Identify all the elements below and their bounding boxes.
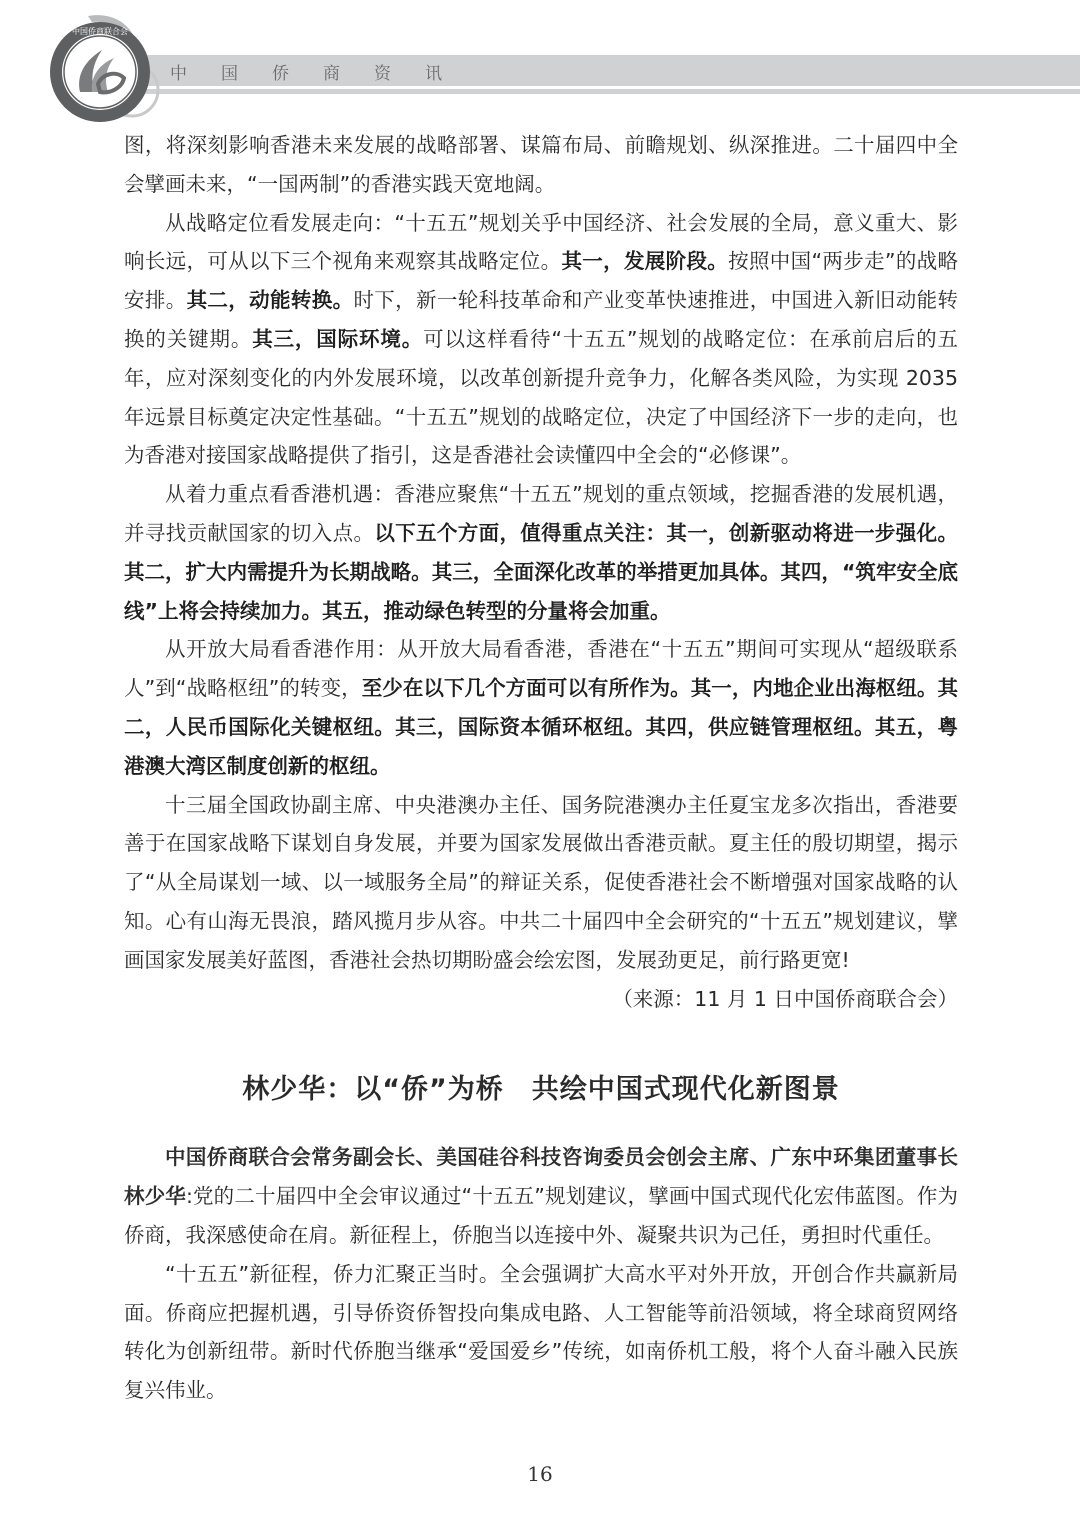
title-char: 资: [374, 59, 425, 83]
article-title: 林少华：以“侨”为桥 共绘中国式现代化新图景: [124, 1070, 958, 1110]
logo-text: 中国侨商联合会: [72, 26, 128, 36]
publication-title: 中 国 侨 商 资 讯: [170, 59, 476, 83]
title-char: 商: [323, 59, 374, 83]
page-number: 16: [0, 1462, 1080, 1486]
bold-segment: 其三，国际环境。: [252, 327, 423, 351]
paragraph-lin-intro: 中国侨商联合会常务副会长、美国硅谷科技咨询委员会创会主席、广东中环集团董事长林少…: [124, 1138, 958, 1254]
text-segment: 十三届全国政协副主席、中央港澳办主任、国务院港澳办主任夏宝龙多次指出，香港要善于…: [124, 793, 958, 972]
title-char: 侨: [272, 59, 323, 83]
source-citation: （来源：11 月 1 日中国侨商联合会）: [124, 980, 958, 1019]
title-char: 中: [170, 59, 221, 83]
bold-segment: 其一，发展阶段。: [561, 249, 728, 273]
title-char: 国: [221, 59, 272, 83]
text-segment: 图，将深刻影响香港未来发展的战略部署、谋篇布局、前瞻规划、纵深推进。二十届四中全…: [124, 133, 958, 196]
text-segment: “十五五”新征程，侨力汇聚正当时。全会强调扩大高水平对外开放，开创合作共赢新局面…: [124, 1262, 958, 1402]
federation-logo-icon: 中国侨商联合会: [40, 4, 160, 124]
header-rule: [145, 89, 1080, 94]
paragraph-strategic-positioning: 从战略定位看发展走向：“十五五”规划关乎中国经济、社会发展的全局，意义重大、影响…: [124, 204, 958, 476]
paragraph-hk-role: 从开放大局看香港作用：从开放大局看香港，香港在“十五五”期间可实现从“超级联系人…: [124, 630, 958, 785]
bold-segment: 其二，动能转换。: [187, 288, 354, 312]
paragraph-lin-body: “十五五”新征程，侨力汇聚正当时。全会强调扩大高水平对外开放，开创合作共赢新局面…: [124, 1255, 958, 1410]
page-header: 中 国 侨 商 资 讯 中国侨商联合会: [0, 0, 1080, 130]
paragraph-conclusion: 十三届全国政协副主席、中央港澳办主任、国务院港澳办主任夏宝龙多次指出，香港要善于…: [124, 786, 958, 980]
paragraph-hk-opportunities: 从着力重点看香港机遇：香港应聚焦“十五五”规划的重点领域，挖掘香港的发展机遇，并…: [124, 475, 958, 630]
title-char: 讯: [425, 59, 476, 83]
page-content: 图，将深刻影响香港未来发展的战略部署、谋篇布局、前瞻规划、纵深推进。二十届四中全…: [124, 126, 958, 1410]
text-segment: :党的二十届四中全会审议通过“十五五”规划建议，擘画中国式现代化宏伟蓝图。作为侨…: [124, 1184, 958, 1247]
paragraph-continuation: 图，将深刻影响香港未来发展的战略部署、谋篇布局、前瞻规划、纵深推进。二十届四中全…: [124, 126, 958, 204]
